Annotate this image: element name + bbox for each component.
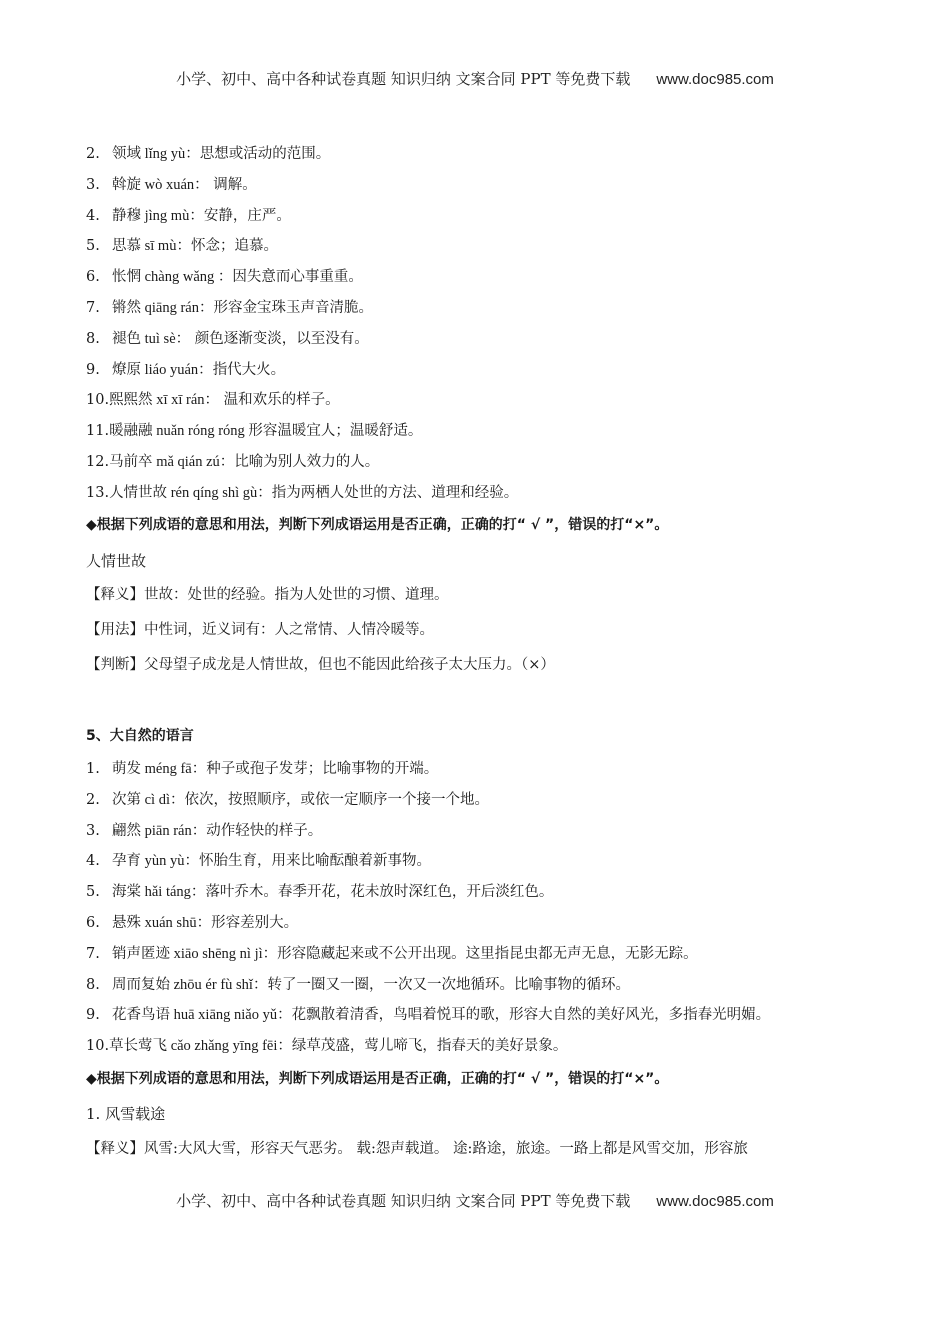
item-number: 4. xyxy=(86,851,112,871)
instruction-2: ◆根据下列成语的意思和用法，判断下列成语运用是否正确，正确的打“ √ ”，错误的… xyxy=(86,1069,668,1089)
footer-site: www.doc985.com xyxy=(656,1193,774,1210)
item-word: 锵然 xyxy=(112,300,141,316)
item-definition: 落叶乔木。春季开花，花未放时深红色，开后淡红色。 xyxy=(205,884,553,900)
item-number: 13. xyxy=(86,483,109,503)
item-pinyin: zhōu ér fù shǐ： xyxy=(170,977,267,993)
item-number: 1. xyxy=(86,759,112,779)
idiom2-title: 1. 风雪载途 xyxy=(86,1104,165,1124)
vocab-item: 4.静穆 jìng mù：安静，庄严。 xyxy=(86,206,291,226)
item-number: 12. xyxy=(86,452,109,472)
vocab-item: 5.思慕 sī mù：怀念；追慕。 xyxy=(86,236,278,256)
item-number: 8. xyxy=(86,975,112,995)
idiom1-meaning: 【释义】世故：处世的经验。指为人处世的习惯、道理。 xyxy=(86,585,449,605)
item-definition: 形容差别大。 xyxy=(211,915,298,931)
item-pinyin: wò xuán： xyxy=(141,177,209,193)
item-word: 斡旋 xyxy=(112,177,141,193)
footer-text: 小学、初中、高中各种试卷真题 知识归纳 文案合同 PPT 等免费下载 xyxy=(176,1192,630,1210)
vocab-item: 10.熙熙然 xī xī rán： 温和欢乐的样子。 xyxy=(86,390,340,410)
item-pinyin: jìng mù： xyxy=(141,208,204,224)
vocab-item: 7.锵然 qiāng rán：形容金宝珠玉声音清脆。 xyxy=(86,298,373,318)
item-number: 5. xyxy=(86,236,112,256)
idiom1-title: 人情世故 xyxy=(86,551,146,571)
item-number: 7. xyxy=(86,298,112,318)
item-word: 褪色 xyxy=(112,331,141,347)
vocab-item: 2.次第 cì dì：依次，按照顺序，或依一定顺序一个接一个地。 xyxy=(86,790,489,810)
item-definition: 温和欢乐的样子。 xyxy=(219,392,340,408)
item-word: 萌发 xyxy=(112,761,141,777)
item-number: 5. xyxy=(86,882,112,902)
item-pinyin: chàng wǎng ： xyxy=(141,269,232,285)
vocab-item: 1.萌发 méng fā：种子或孢子发芽；比喻事物的开端。 xyxy=(86,759,438,779)
item-definition: 种子或孢子发芽；比喻事物的开端。 xyxy=(206,761,438,777)
instruction-1: ◆根据下列成语的意思和用法，判断下列成语运用是否正确，正确的打“ √ ”，错误的… xyxy=(86,515,668,535)
item-definition: 花飘散着清香，鸟唱着悦耳的歌，形容大自然的美好风光，多指春光明媚。 xyxy=(292,1007,771,1023)
item-number: 2. xyxy=(86,144,112,164)
item-pinyin: mǎ qián zú： xyxy=(153,454,235,470)
vocab-item: 7.销声匿迹 xiāo shēng nì jì：形容隐藏起来或不公开出现。这里指… xyxy=(86,944,698,964)
item-definition: 形容温暖宜人；温暖舒适。 xyxy=(248,423,422,439)
vocab-item: 12.马前卒 mǎ qián zú：比喻为别人效力的人。 xyxy=(86,452,379,472)
item-number: 9. xyxy=(86,1005,112,1025)
item-pinyin: rén qíng shì gù： xyxy=(167,485,272,501)
item-number: 6. xyxy=(86,267,112,287)
page-footer: 小学、初中、高中各种试卷真题 知识归纳 文案合同 PPT 等免费下载www.do… xyxy=(0,1190,950,1211)
item-pinyin: cì dì： xyxy=(141,792,185,808)
item-definition: 形容金宝珠玉声音清脆。 xyxy=(213,300,373,316)
item-word: 怅惘 xyxy=(112,269,141,285)
item-number: 2. xyxy=(86,790,112,810)
item-word: 翩然 xyxy=(112,823,141,839)
item-definition: 因失意而心事重重。 xyxy=(232,269,363,285)
item-pinyin: xuán shū： xyxy=(141,915,211,931)
vocab-item: 6.怅惘 chàng wǎng ：因失意而心事重重。 xyxy=(86,267,363,287)
item-pinyin: cǎo zhǎng yīng fēi： xyxy=(167,1038,292,1054)
header-text: 小学、初中、高中各种试卷真题 知识归纳 文案合同 PPT 等免费下载 xyxy=(176,70,630,88)
idiom1-judge: 【判断】父母望子成龙是人情世故，但也不能因此给孩子太大压力。（×） xyxy=(86,655,555,675)
item-number: 3. xyxy=(86,175,112,195)
vocab-item: 13.人情世故 rén qíng shì gù：指为两栖人处世的方法、道理和经验… xyxy=(86,483,518,503)
vocab-item: 11.暖融融 nuǎn róng róng 形容温暖宜人；温暖舒适。 xyxy=(86,421,422,441)
item-word: 草长莺飞 xyxy=(109,1038,167,1054)
vocab-item: 3.翩然 piān rán：动作轻快的样子。 xyxy=(86,821,322,841)
idiom1-usage: 【用法】中性词，近义词有：人之常情、人情冷暖等。 xyxy=(86,620,434,640)
item-pinyin: nuǎn róng róng xyxy=(153,423,249,439)
item-pinyin: liáo yuán： xyxy=(141,362,213,378)
item-word: 销声匿迹 xyxy=(112,946,170,962)
item-pinyin: piān rán： xyxy=(141,823,206,839)
item-definition: 怀胎生育，用来比喻酝酿着新事物。 xyxy=(199,853,431,869)
item-definition: 思想或活动的范围。 xyxy=(200,146,331,162)
item-pinyin: huā xiāng niǎo yǔ： xyxy=(170,1007,292,1023)
item-definition: 绿草茂盛，莺儿啼飞，指春天的美好景象。 xyxy=(292,1038,568,1054)
item-definition: 指代大火。 xyxy=(213,362,286,378)
item-number: 9. xyxy=(86,360,112,380)
item-number: 11. xyxy=(86,421,109,441)
item-definition: 动作轻快的样子。 xyxy=(206,823,322,839)
item-pinyin: méng fā： xyxy=(141,761,206,777)
vocab-item: 9.燎原 liáo yuán：指代大火。 xyxy=(86,360,285,380)
item-definition: 颜色逐渐变淡，以至没有。 xyxy=(190,331,369,347)
item-definition: 依次，按照顺序，或依一定顺序一个接一个地。 xyxy=(185,792,490,808)
item-word: 静穆 xyxy=(112,208,141,224)
item-definition: 比喻为别人效力的人。 xyxy=(234,454,379,470)
item-definition: 安静，庄严。 xyxy=(204,208,291,224)
item-word: 暖融融 xyxy=(109,423,153,439)
item-number: 10. xyxy=(86,390,109,410)
section5-title: 5、大自然的语言 xyxy=(86,726,194,746)
item-definition: 转了一圈又一圈，一次又一次地循环。比喻事物的循环。 xyxy=(267,977,630,993)
item-word: 花香鸟语 xyxy=(112,1007,170,1023)
item-number: 4. xyxy=(86,206,112,226)
item-definition: 形容隐藏起来或不公开出现。这里指昆虫都无声无息，无影无踪。 xyxy=(277,946,698,962)
item-word: 孕育 xyxy=(112,853,141,869)
item-pinyin: hǎi táng： xyxy=(141,884,205,900)
item-number: 6. xyxy=(86,913,112,933)
vocab-item: 5.海棠 hǎi táng：落叶乔木。春季开花，花未放时深红色，开后淡红色。 xyxy=(86,882,553,902)
page-header: 小学、初中、高中各种试卷真题 知识归纳 文案合同 PPT 等免费下载www.do… xyxy=(0,68,950,89)
item-word: 次第 xyxy=(112,792,141,808)
vocab-item: 8.褪色 tuì sè： 颜色逐渐变淡，以至没有。 xyxy=(86,329,369,349)
item-word: 悬殊 xyxy=(112,915,141,931)
item-pinyin: yùn yù： xyxy=(141,853,199,869)
item-word: 燎原 xyxy=(112,362,141,378)
vocab-item: 3.斡旋 wò xuán： 调解。 xyxy=(86,175,257,195)
item-word: 海棠 xyxy=(112,884,141,900)
header-site: www.doc985.com xyxy=(656,71,774,88)
item-pinyin: lǐng yù： xyxy=(141,146,200,162)
vocab-item: 4.孕育 yùn yù：怀胎生育，用来比喻酝酿着新事物。 xyxy=(86,851,431,871)
item-number: 7. xyxy=(86,944,112,964)
vocab-item: 8.周而复始 zhōu ér fù shǐ：转了一圈又一圈，一次又一次地循环。比… xyxy=(86,975,630,995)
item-pinyin: qiāng rán： xyxy=(141,300,213,316)
vocab-item: 2.领域 lǐng yù：思想或活动的范围。 xyxy=(86,144,330,164)
item-number: 8. xyxy=(86,329,112,349)
item-word: 思慕 xyxy=(112,238,141,254)
item-word: 人情世故 xyxy=(109,485,167,501)
item-word: 周而复始 xyxy=(112,977,170,993)
item-word: 熙熙然 xyxy=(109,392,153,408)
idiom2-meaning: 【释义】风雪:大风大雪，形容天气恶劣。 载:怨声载道。 途:路途，旅途。一路上都… xyxy=(86,1139,748,1159)
item-number: 3. xyxy=(86,821,112,841)
vocab-item: 9.花香鸟语 huā xiāng niǎo yǔ：花飘散着清香，鸟唱着悦耳的歌，… xyxy=(86,1005,770,1025)
item-pinyin: xiāo shēng nì jì： xyxy=(170,946,277,962)
item-pinyin: sī mù： xyxy=(141,238,191,254)
item-pinyin: tuì sè： xyxy=(141,331,190,347)
item-definition: 指为两栖人处世的方法、道理和经验。 xyxy=(272,485,519,501)
item-definition: 怀念；追慕。 xyxy=(191,238,278,254)
item-number: 10. xyxy=(86,1036,109,1056)
vocab-item: 6.悬殊 xuán shū：形容差别大。 xyxy=(86,913,298,933)
item-pinyin: xī xī rán： xyxy=(153,392,219,408)
vocab-item: 10.草长莺飞 cǎo zhǎng yīng fēi：绿草茂盛，莺儿啼飞，指春天… xyxy=(86,1036,567,1056)
item-word: 领域 xyxy=(112,146,141,162)
item-word: 马前卒 xyxy=(109,454,153,470)
item-definition: 调解。 xyxy=(209,177,257,193)
